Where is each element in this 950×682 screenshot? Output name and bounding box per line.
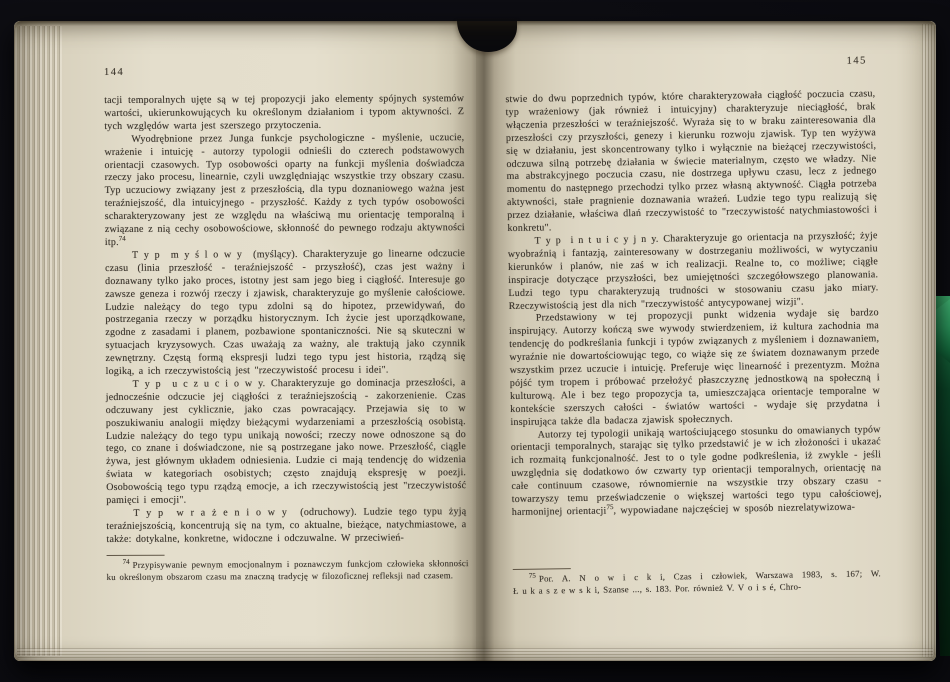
paragraph-authors-evaluation: Autorzy tej typologii unikają wartościuj… bbox=[511, 424, 882, 520]
paragraph-continuation: tacji temporalnych ujęte są w tej propoz… bbox=[104, 93, 464, 134]
footnote-74: 74Przypisywanie pewnym emocjonalnym i po… bbox=[107, 557, 469, 583]
open-book: 144 tacji temporalnych ujęte są w tej pr… bbox=[14, 21, 936, 661]
footnote-divider bbox=[107, 555, 165, 556]
paragraph-text: tacji temporalnych ujęte są w tej propoz… bbox=[104, 93, 464, 132]
footnote-ref-74: 74 bbox=[119, 235, 126, 243]
paragraph-text: Przedstawiony w tej propozycji punkt wid… bbox=[509, 308, 880, 428]
right-page-content: 145 stwie do dwu poprzednich typów, któr… bbox=[505, 55, 884, 647]
paragraph-text: , wypowiadane najczęściej w sposób niezr… bbox=[613, 502, 855, 517]
paragraph-typ-uczuciowy: T y p u c z u c i o w y. Charakteryzuje … bbox=[106, 377, 467, 508]
footnote-block-right: 75Por. A. N o w i c k i, Czas i człowiek… bbox=[513, 563, 881, 597]
page-edges-right bbox=[922, 24, 936, 657]
footnote-marker-75: 75 bbox=[529, 572, 536, 580]
paragraph-text: T y p m y ś l o w y (myślący). Charakter… bbox=[105, 248, 466, 377]
footnote-block-left: 74Przypisywanie pewnym emocjonalnym i po… bbox=[107, 553, 469, 583]
paragraph-typ-intuicyjny: T y p i n t u i c y j n y. Charakteryzuj… bbox=[508, 230, 879, 313]
paragraph-text: Wyodrębnione przez Junga funkcje psychol… bbox=[104, 132, 464, 248]
footnote-marker-74: 74 bbox=[123, 558, 130, 566]
right-page-body: stwie do dwu poprzednich typów, które ch… bbox=[505, 88, 882, 560]
left-page-body: tacji temporalnych ujęte są w tej propoz… bbox=[104, 93, 466, 545]
footnote-ref-75: 75 bbox=[606, 503, 613, 511]
paragraph-text: T y p w r a ż e n i o w y (odruchowy). L… bbox=[106, 506, 466, 545]
paragraph-typ-wrazeniowy: T y p w r a ż e n i o w y (odruchowy). L… bbox=[106, 506, 466, 545]
page-edges-left bbox=[14, 26, 62, 656]
footnote-text: Przypisywanie pewnym emocjonalnym i pozn… bbox=[107, 558, 469, 582]
paragraph-text: T y p u c z u c i o w y. Charakteryzuje … bbox=[106, 377, 467, 506]
paragraph-jung-functions: Wyodrębnione przez Junga funkcje psychol… bbox=[104, 132, 465, 250]
paragraph-typ-myslowy: T y p m y ś l o w y (myślący). Charakter… bbox=[105, 248, 466, 379]
footnote-divider bbox=[513, 568, 571, 570]
footnote-text: Por. A. N o w i c k i, Czas i człowiek, … bbox=[513, 568, 881, 596]
paragraph-summary: Przedstawiony w tej propozycji punkt wid… bbox=[509, 308, 881, 430]
paragraph-text: stwie do dwu poprzednich typów, które ch… bbox=[505, 88, 877, 234]
photo-scene: 144 tacji temporalnych ujęte są w tej pr… bbox=[0, 0, 950, 682]
page-number-left: 144 bbox=[104, 65, 464, 78]
paragraph-text: T y p i n t u i c y j n y. Charakteryzuj… bbox=[508, 230, 879, 311]
paragraph-continuation: stwie do dwu poprzednich typów, które ch… bbox=[505, 88, 877, 236]
left-page-content: 144 tacji temporalnych ujęte są w tej pr… bbox=[104, 65, 467, 639]
footnote-75: 75Por. A. N o w i c k i, Czas i człowiek… bbox=[513, 567, 881, 597]
